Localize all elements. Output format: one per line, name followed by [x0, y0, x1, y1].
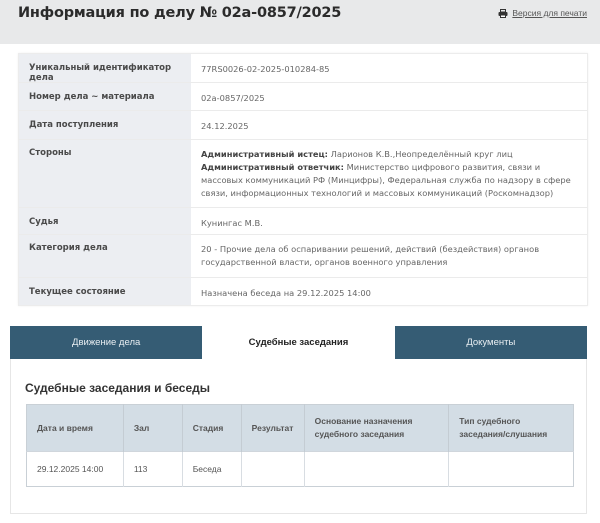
tab-court-sessions[interactable]: Судебные заседания [202, 326, 394, 359]
cell-basis [304, 452, 449, 487]
info-row-judge: Судья Кунингас М.В. [19, 208, 587, 235]
info-row-parties: Стороны Административный истец: Ларионов… [19, 140, 587, 208]
info-value: 24.12.2025 [191, 111, 587, 139]
printer-icon [498, 9, 508, 18]
cell-stage: Беседа [182, 452, 241, 487]
info-label: Судья [19, 208, 191, 234]
info-label: Номер дела ~ материала [19, 83, 191, 110]
sessions-table: Дата и время Зал Стадия Результат Основа… [26, 404, 574, 487]
info-row-uid: Уникальный идентификатор дела 77RS0026-0… [19, 54, 587, 83]
info-value: Назначена беседа на 29.12.2025 14:00 [191, 278, 587, 305]
table-header-row: Дата и время Зал Стадия Результат Основа… [27, 405, 574, 452]
info-row-date: Дата поступления 24.12.2025 [19, 111, 587, 140]
info-label: Уникальный идентификатор дела [19, 54, 191, 82]
sessions-title: Судебные заседания и беседы [25, 381, 210, 395]
page-header: Информация по делу № 02а-0857/2025 Верси… [0, 0, 600, 44]
cell-datetime: 29.12.2025 14:00 [27, 452, 124, 487]
print-link-text[interactable]: Версия для печати [512, 8, 587, 18]
info-label: Стороны [19, 140, 191, 207]
case-info-table: Уникальный идентификатор дела 77RS0026-0… [18, 53, 588, 306]
column-header: Стадия [182, 405, 241, 452]
tab-panel: Судебные заседания и беседы Дата и время… [10, 359, 587, 514]
tab-documents[interactable]: Документы [395, 326, 587, 359]
plaintiff-value: Ларионов К.В.,Неопределённый круг лиц [328, 149, 513, 159]
tab-case-movement[interactable]: Движение дела [10, 326, 202, 359]
column-header: Зал [123, 405, 182, 452]
info-value-parties: Административный истец: Ларионов К.В.,Не… [191, 140, 587, 207]
column-header: Дата и время [27, 405, 124, 452]
info-value: 77RS0026-02-2025-010284-85 [191, 54, 587, 82]
column-header: Тип судебного заседания/слушания [449, 405, 574, 452]
print-version-link[interactable]: Версия для печати [498, 8, 587, 18]
cell-type [449, 452, 574, 487]
defendant-label: Административный ответчик: [201, 162, 344, 172]
column-header: Результат [241, 405, 304, 452]
info-label: Текущее состояние [19, 278, 191, 305]
info-label: Категория дела [19, 235, 191, 277]
info-value: Кунингас М.В. [191, 208, 587, 234]
info-value: 02а-0857/2025 [191, 83, 587, 110]
table-row: 29.12.2025 14:00 113 Беседа [27, 452, 574, 487]
cell-result [241, 452, 304, 487]
column-header: Основание назначения судебного заседания [304, 405, 449, 452]
tab-bar: Движение дела Судебные заседания Докумен… [10, 326, 587, 359]
info-label: Дата поступления [19, 111, 191, 139]
info-value: 20 - Прочие дела об оспаривании решений,… [191, 235, 587, 277]
info-row-category: Категория дела 20 - Прочие дела об оспар… [19, 235, 587, 278]
plaintiff-label: Административный истец: [201, 149, 328, 159]
info-row-number: Номер дела ~ материала 02а-0857/2025 [19, 83, 587, 111]
cell-hall: 113 [123, 452, 182, 487]
info-row-status: Текущее состояние Назначена беседа на 29… [19, 278, 587, 305]
page-title: Информация по делу № 02а-0857/2025 [18, 5, 341, 21]
